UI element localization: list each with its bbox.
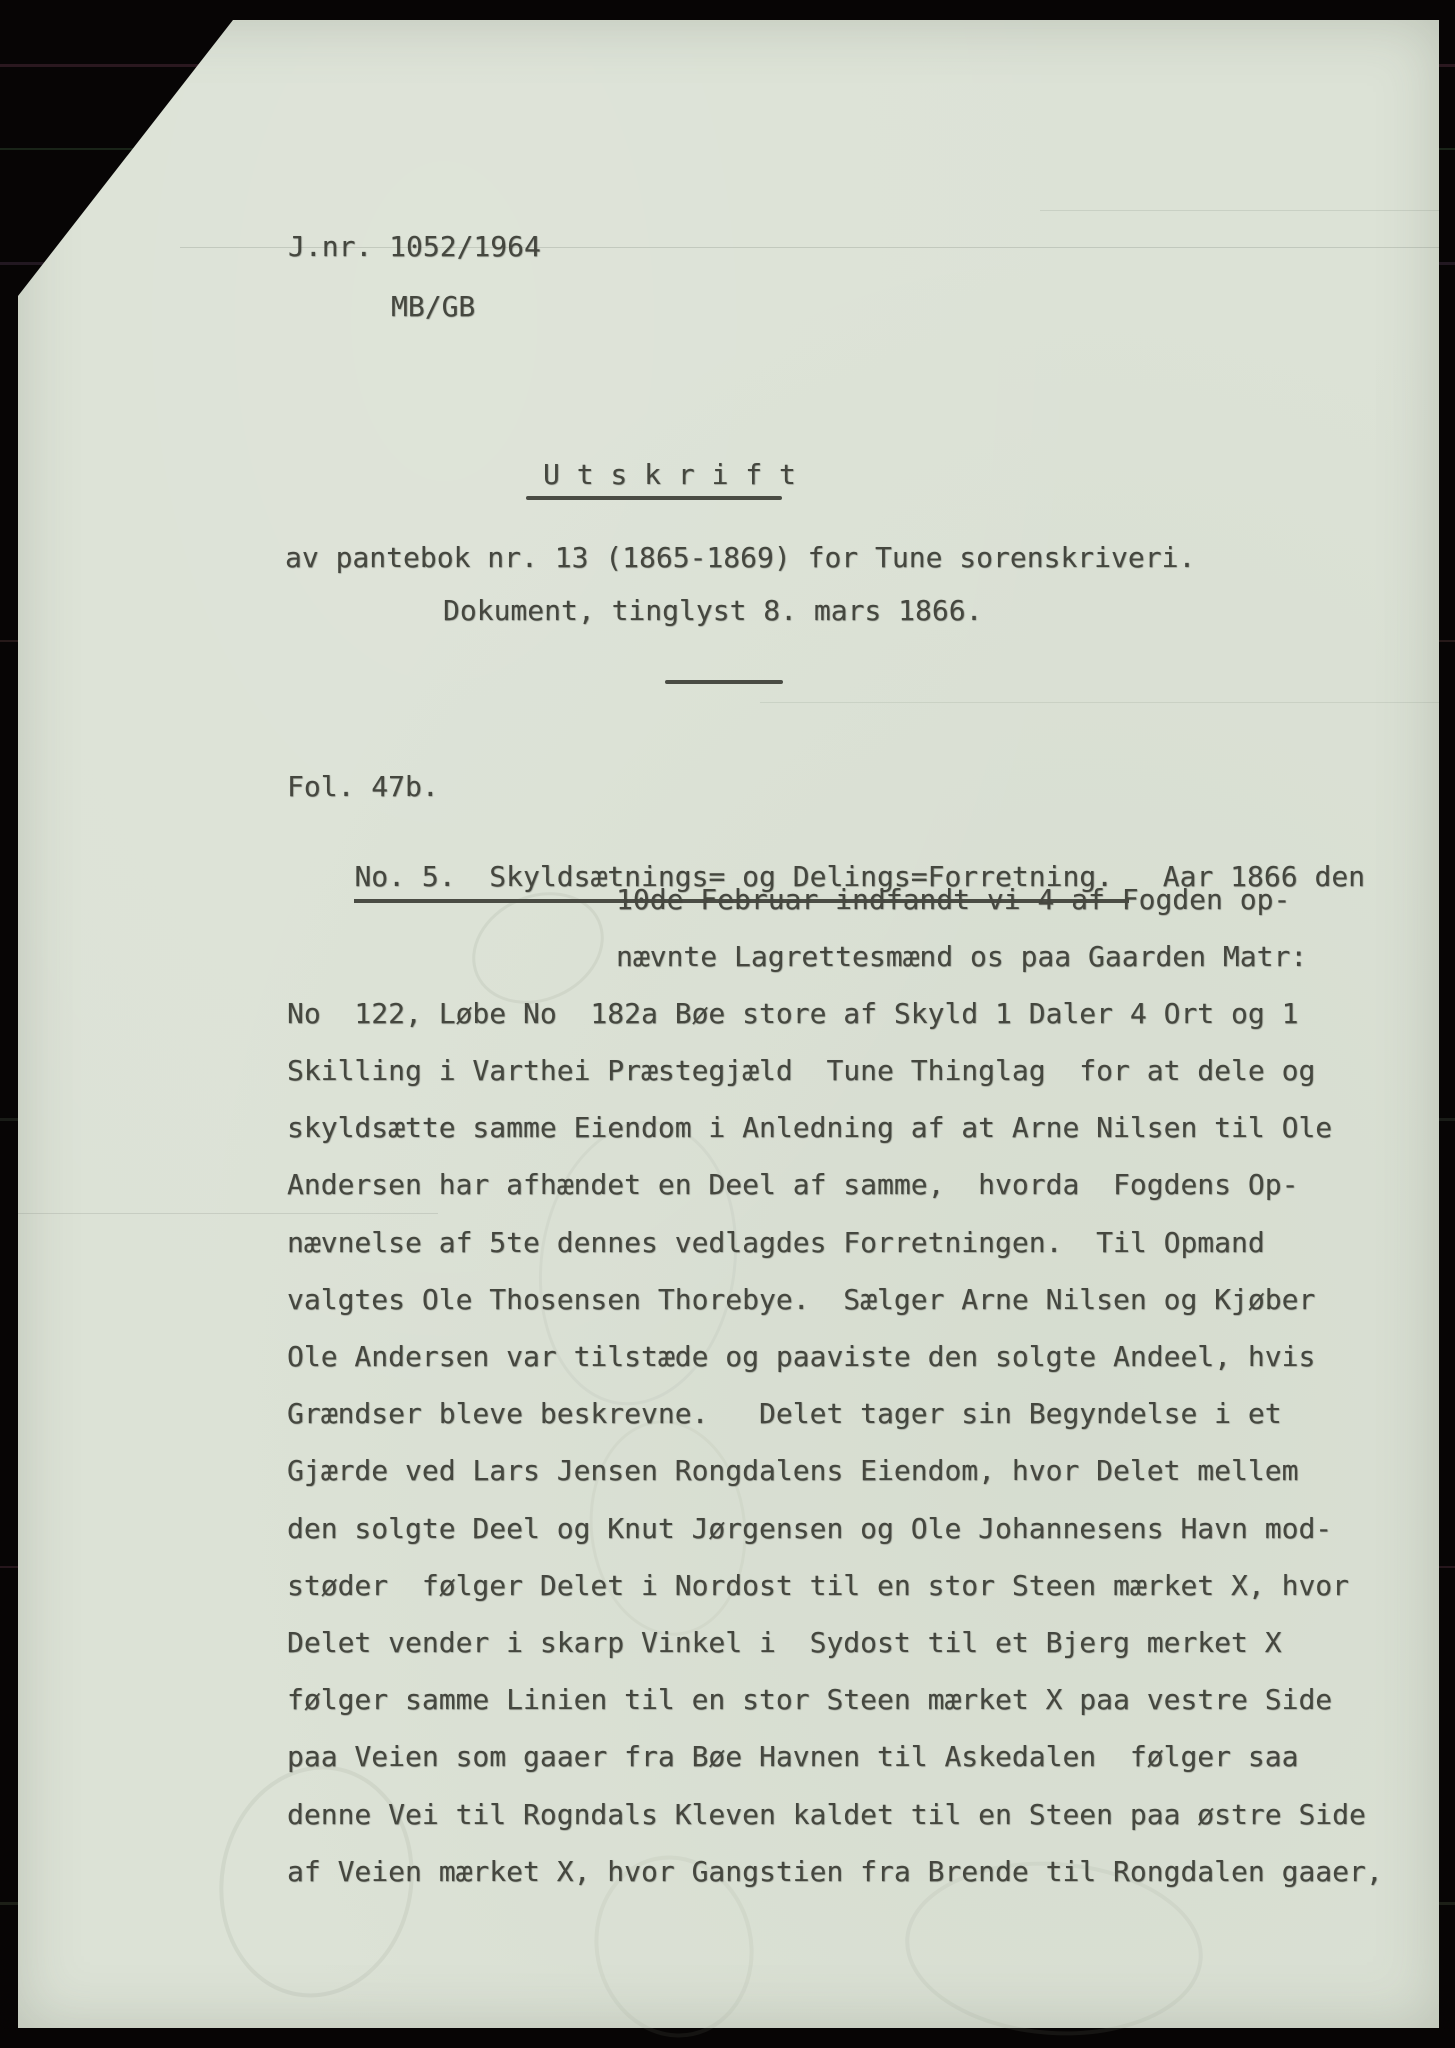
folio-reference: Fol. 47b.	[287, 770, 439, 804]
source-line: av pantebok nr. 13 (1865-1869) for Tune …	[285, 541, 1195, 575]
indented-line: nævnte Lagrettesmænd os paa Gaarden Matr…	[616, 940, 1307, 974]
body-line: Grændser bleve beskrevne. Delet tager si…	[287, 1397, 1282, 1431]
journal-number: J.nr. 1052/1964	[288, 230, 541, 264]
body-line: nævnelse af 5te dennes vedlagdes Forretn…	[287, 1226, 1265, 1260]
page-title: U t s k r i f t	[543, 458, 796, 492]
body-line: Ole Andersen var tilstæde og paaviste de…	[287, 1340, 1315, 1374]
title-underline	[526, 496, 782, 500]
body-line: paa Veien som gaaer fra Bøe Havnen til A…	[287, 1740, 1298, 1774]
indented-line: 10de Februar indfandt vi 4 af Fogden op-	[616, 883, 1290, 917]
body-line: af Veien mærket X, hvor Gangstien fra Br…	[287, 1855, 1383, 1889]
body-line: skyldsætte samme Eiendom i Anledning af …	[287, 1111, 1332, 1145]
body-line: No 122, Løbe No 182a Bøe store af Skyld …	[287, 997, 1298, 1031]
body-line: Skilling i Varthei Præstegjæld Tune Thin…	[287, 1054, 1315, 1088]
body-line: Gjærde ved Lars Jensen Rongdalens Eiendo…	[287, 1454, 1298, 1488]
case-initials: MB/GB	[391, 290, 475, 324]
body-line: støder følger Delet i Nordost til en sto…	[287, 1569, 1349, 1603]
body-line: valgtes Ole Thosensen Thorebye. Sælger A…	[287, 1283, 1315, 1317]
body-line: Delet vender i skarp Vinkel i Sydost til…	[287, 1626, 1282, 1660]
body-line: følger samme Linien til en stor Steen mæ…	[287, 1683, 1332, 1717]
registration-line: Dokument, tinglyst 8. mars 1866.	[443, 594, 982, 628]
body-line: denne Vei til Rogndals Kleven kaldet til…	[287, 1798, 1366, 1832]
scanned-document-page: J.nr. 1052/1964 MB/GB U t s k r i f t av…	[0, 0, 1455, 2048]
section-separator	[665, 680, 783, 684]
body-line: den solgte Deel og Knut Jørgensen og Ole…	[287, 1512, 1332, 1546]
body-line: Andersen har afhændet en Deel af samme, …	[287, 1168, 1298, 1202]
